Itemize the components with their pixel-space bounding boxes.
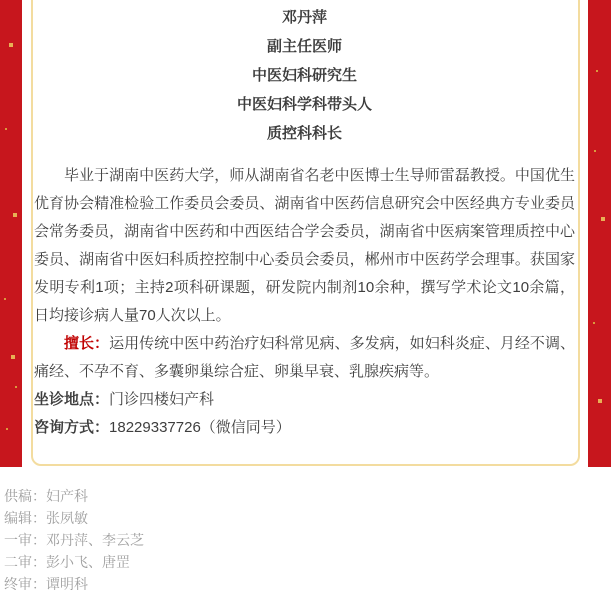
clinic-value: 门诊四楼妇产科 bbox=[109, 391, 214, 408]
bio-paragraph: 毕业于湖南中医药大学，师从湖南省名老中医博士生导师雷磊教授。中国优生优育协会精准… bbox=[34, 162, 575, 330]
credit-label: 终审： bbox=[4, 576, 46, 590]
profile-body: 毕业于湖南中医药大学，师从湖南省名老中医博士生导师雷磊教授。中国优生优育协会精准… bbox=[34, 162, 575, 442]
profile-title-block: 邓丹萍 副主任医师 中医妇科研究生 中医妇科学科带头人 质控科科长 bbox=[34, 0, 575, 148]
contact-line: 咨询方式：18229337726（微信同号） bbox=[34, 414, 575, 442]
specialty-label: 擅长： bbox=[64, 335, 109, 352]
credit-label: 供稿： bbox=[4, 488, 46, 504]
clinic-location-line: 坐诊地点：门诊四楼妇产科 bbox=[34, 386, 575, 414]
contact-label: 咨询方式： bbox=[34, 419, 109, 436]
credit-line-editor: 编辑：张夙敏 bbox=[4, 507, 144, 529]
credit-label: 编辑： bbox=[4, 510, 46, 526]
credit-value: 彭小飞、唐罡 bbox=[46, 554, 130, 570]
credit-line-final-review: 终审：谭明科 bbox=[4, 573, 144, 590]
credit-label: 一审： bbox=[4, 532, 46, 548]
specialty-paragraph: 擅长：运用传统中医中药治疗妇科常见病、多发病，如妇科炎症、月经不调、痛经、不孕不… bbox=[34, 330, 575, 386]
credit-value: 邓丹萍、李云芝 bbox=[46, 532, 144, 548]
credit-line-contributor: 供稿：妇产科 bbox=[4, 485, 144, 507]
clinic-label: 坐诊地点： bbox=[34, 391, 109, 408]
title-line: 质控科科长 bbox=[34, 119, 575, 148]
credit-label: 二审： bbox=[4, 554, 46, 570]
editorial-credits: 供稿：妇产科 编辑：张夙敏 一审：邓丹萍、李云芝 二审：彭小飞、唐罡 终审：谭明… bbox=[4, 485, 144, 590]
credit-line-first-review: 一审：邓丹萍、李云芝 bbox=[4, 529, 144, 551]
left-red-bar bbox=[0, 0, 22, 467]
title-line: 副主任医师 bbox=[34, 32, 575, 61]
gold-speckles-icon bbox=[588, 0, 590, 2]
credit-value: 张夙敏 bbox=[46, 510, 88, 526]
specialty-text: 运用传统中医中药治疗妇科常见病、多发病，如妇科炎症、月经不调、痛经、不孕不育、多… bbox=[34, 335, 575, 380]
title-line: 中医妇科研究生 bbox=[34, 61, 575, 90]
credit-line-second-review: 二审：彭小飞、唐罡 bbox=[4, 551, 144, 573]
title-line: 中医妇科学科带头人 bbox=[34, 90, 575, 119]
article-page: { "theme": { "bar_red": "#c7161d", "gold… bbox=[0, 0, 611, 590]
gold-speckles-icon bbox=[0, 0, 2, 2]
contact-value: 18229337726（微信同号） bbox=[109, 419, 291, 436]
credit-value: 妇产科 bbox=[46, 488, 88, 504]
doctor-name: 邓丹萍 bbox=[34, 3, 575, 32]
right-red-bar bbox=[588, 0, 611, 467]
profile-content: 邓丹萍 副主任医师 中医妇科研究生 中医妇科学科带头人 质控科科长 毕业于湖南中… bbox=[34, 0, 575, 442]
credit-value: 谭明科 bbox=[46, 576, 88, 590]
